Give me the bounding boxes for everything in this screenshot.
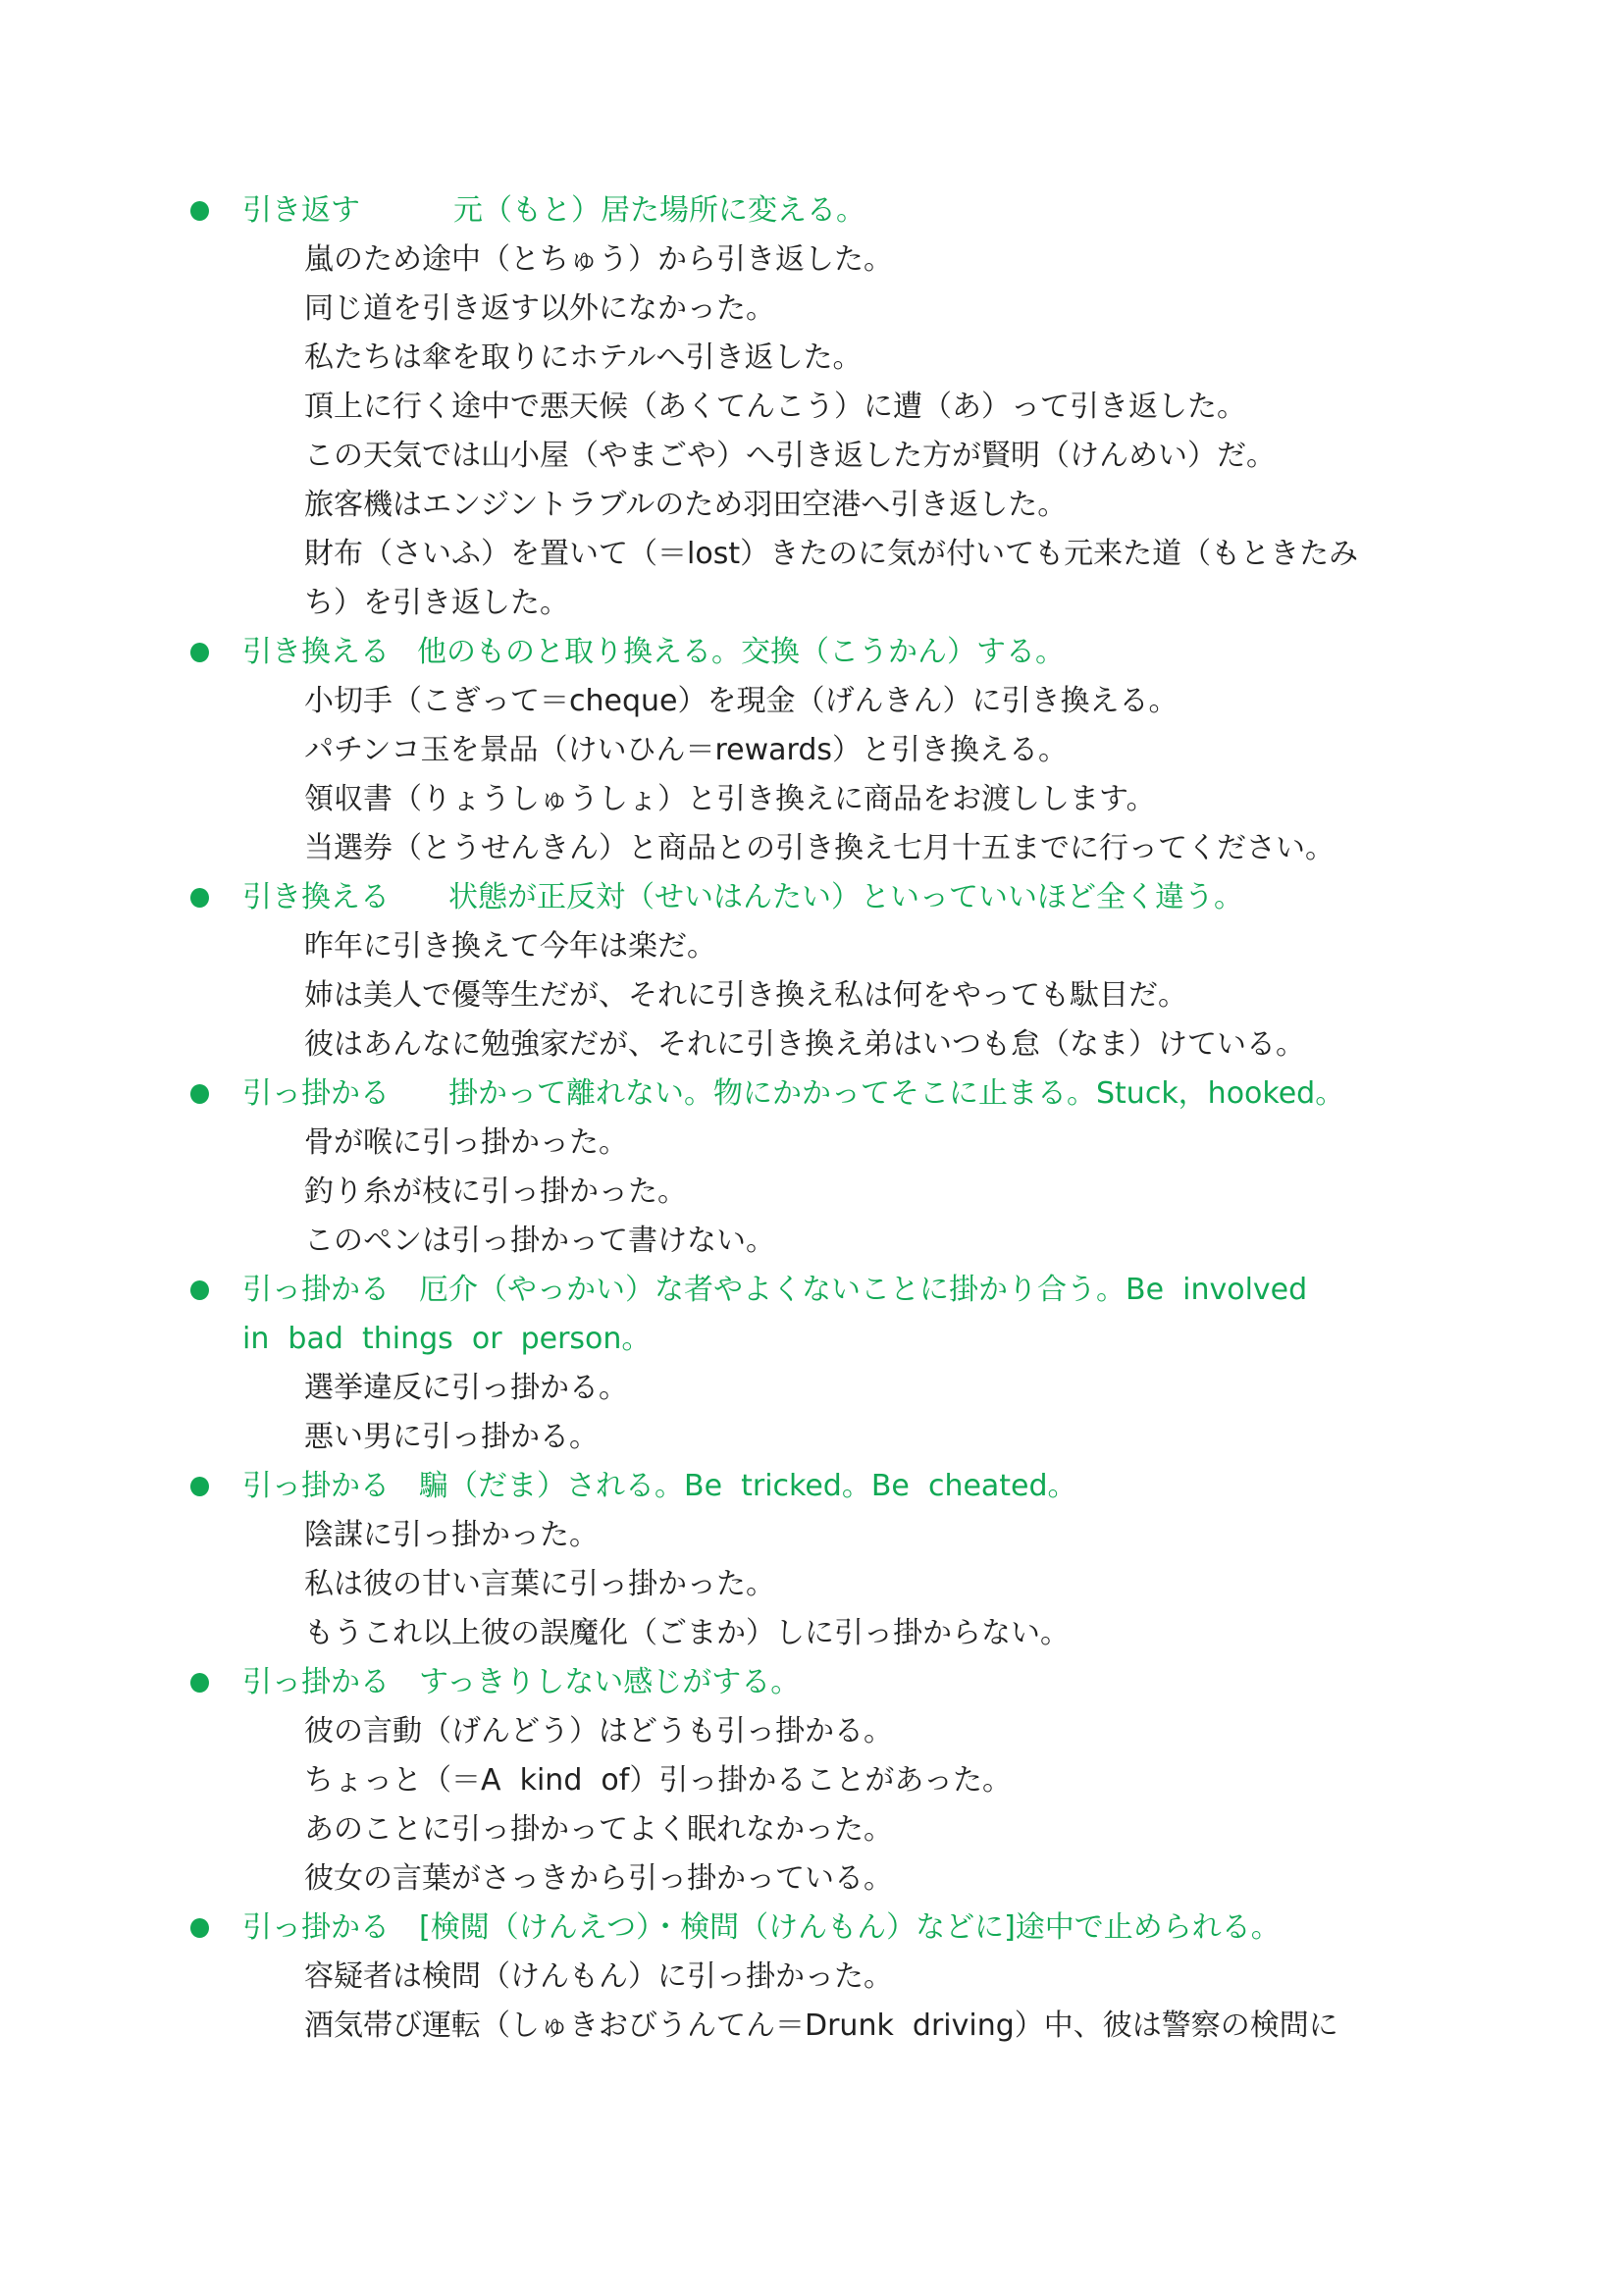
- entry-word: 引っ掛かる: [242, 1273, 390, 1307]
- entry-header: 引き換える他のものと取り換える。交換（こうかん）する。: [0, 628, 1624, 677]
- example-sentence: 釣り糸が枝に引っ掛かった。: [0, 1168, 1624, 1217]
- entry-definition: 騙（だま）される。Be tricked。Be cheated。: [419, 1469, 1077, 1503]
- example-sentence: 悪い男に引っ掛かる。: [0, 1413, 1624, 1462]
- example-sentence: 選挙違反に引っ掛かる。: [0, 1364, 1624, 1413]
- entry-definition: 他のものと取り換える。交換（こうかん）する。: [417, 635, 1065, 669]
- example-sentence: 私は彼の甘い言葉に引っ掛かった。: [0, 1560, 1624, 1609]
- entry-word: 引き換える: [242, 880, 390, 914]
- example-sentence: 私たちは傘を取りにホテルへ引き返した。: [0, 334, 1624, 383]
- entry-word: 引っ掛かる: [242, 1910, 390, 1945]
- example-sentence: 嵐のため途中（とちゅう）から引き返した。: [0, 235, 1624, 285]
- entry-word: 引っ掛かる: [242, 1076, 390, 1111]
- vocab-entry: 引っ掛かる騙（だま）される。Be tricked。Be cheated。陰謀に引…: [0, 1462, 1624, 1658]
- entry-definition-continued: in bad things or person。: [0, 1315, 1624, 1364]
- entry-header: 引き返す元（もと）居た場所に変える。: [0, 186, 1624, 235]
- example-sentence: 彼女の言葉がさっきから引っ掛かっている。: [0, 1854, 1624, 1904]
- entry-definition: 状態が正反対（せいはんたい）といっていいほど全く違う。: [448, 880, 1243, 914]
- bullet-icon: [190, 201, 209, 221]
- example-sentence: 彼はあんなに勉強家だが、それに引き換え弟はいつも怠（なま）けている。: [0, 1020, 1624, 1070]
- example-sentence: あのことに引っ掛かってよく眠れなかった。: [0, 1805, 1624, 1854]
- vocab-entry: 引き換える他のものと取り換える。交換（こうかん）する。小切手（こぎって＝cheq…: [0, 628, 1624, 873]
- entry-definition: すっきりしない感じがする。: [419, 1665, 800, 1699]
- example-sentence: 財布（さいふ）を置いて（＝lost）きたのに気が付いても元来た道（もときたみ: [0, 530, 1624, 579]
- example-sentence: 同じ道を引き返す以外になかった。: [0, 285, 1624, 334]
- entry-header: 引っ掛かるすっきりしない感じがする。: [0, 1658, 1624, 1707]
- example-sentence: この天気では山小屋（やまごや）へ引き返した方が賢明（けんめい）だ。: [0, 432, 1624, 481]
- bullet-icon: [190, 1673, 209, 1693]
- vocab-entry: 引っ掛かる[検閲（けんえつ）・検問（けんもん）などに]途中で止められる。容疑者は…: [0, 1904, 1624, 2051]
- bullet-icon: [190, 643, 209, 662]
- example-sentence: 領収書（りょうしゅうしょ）と引き換えに商品をお渡しします。: [0, 775, 1624, 824]
- example-sentence: 頂上に行く途中で悪天候（あくてんこう）に遭（あ）って引き返した。: [0, 383, 1624, 432]
- entry-definition: 厄介（やっかい）な者やよくないことに掛かり合う。Be involved: [419, 1273, 1307, 1307]
- entry-header: 引っ掛かる騙（だま）される。Be tricked。Be cheated。: [0, 1462, 1624, 1511]
- example-sentence: このペンは引っ掛かって書けない。: [0, 1217, 1624, 1266]
- bullet-icon: [190, 888, 209, 908]
- entry-definition-continued-text: in bad things or person。: [242, 1322, 651, 1356]
- example-sentence: 姉は美人で優等生だが、それに引き換え私は何をやっても駄目だ。: [0, 971, 1624, 1020]
- example-sentence: 骨が喉に引っ掛かった。: [0, 1119, 1624, 1168]
- vocab-list: 引き返す元（もと）居た場所に変える。嵐のため途中（とちゅう）から引き返した。同じ…: [0, 186, 1624, 2051]
- vocab-entry: 引っ掛かるすっきりしない感じがする。彼の言動（げんどう）はどうも引っ掛かる。ちょ…: [0, 1658, 1624, 1904]
- example-sentence: 昨年に引き換えて今年は楽だ。: [0, 922, 1624, 971]
- entry-header: 引っ掛かる厄介（やっかい）な者やよくないことに掛かり合う。Be involved: [0, 1266, 1624, 1315]
- entry-definition: 元（もと）居た場所に変える。: [453, 193, 865, 228]
- example-sentence: 旅客機はエンジントラブルのため羽田空港へ引き返した。: [0, 481, 1624, 530]
- entry-word: 引っ掛かる: [242, 1665, 390, 1699]
- document-page: 引き返す元（もと）居た場所に変える。嵐のため途中（とちゅう）から引き返した。同じ…: [0, 0, 1624, 2296]
- entry-definition: [検閲（けんえつ）・検問（けんもん）などに]途中で止められる。: [419, 1910, 1281, 1945]
- vocab-entry: 引っ掛かる厄介（やっかい）な者やよくないことに掛かり合う。Be involved…: [0, 1266, 1624, 1462]
- example-sentence: 小切手（こぎって＝cheque）を現金（げんきん）に引き換える。: [0, 677, 1624, 726]
- example-sentence: ち）を引き返した。: [0, 579, 1624, 628]
- bullet-icon: [190, 1084, 209, 1104]
- example-sentence: パチンコ玉を景品（けいひん＝rewards）と引き換える。: [0, 726, 1624, 775]
- example-sentence: ちょっと（＝A kind of）引っ掛かることがあった。: [0, 1756, 1624, 1805]
- entry-word: 引き返す: [242, 193, 360, 228]
- vocab-entry: 引っ掛かる掛かって離れない。物にかかってそこに止まる。Stuck，hooked。…: [0, 1070, 1624, 1266]
- example-sentence: もうこれ以上彼の誤魔化（ごまか）しに引っ掛からない。: [0, 1609, 1624, 1658]
- example-sentence: 酒気帯び運転（しゅきおびうんてん＝Drunk driving）中、彼は警察の検問…: [0, 2002, 1624, 2051]
- entry-header: 引っ掛かる掛かって離れない。物にかかってそこに止まる。Stuck，hooked。: [0, 1070, 1624, 1119]
- entry-header: 引っ掛かる[検閲（けんえつ）・検問（けんもん）などに]途中で止められる。: [0, 1904, 1624, 1953]
- vocab-entry: 引き換える状態が正反対（せいはんたい）といっていいほど全く違う。昨年に引き換えて…: [0, 873, 1624, 1070]
- entry-word: 引っ掛かる: [242, 1469, 390, 1503]
- example-sentence: 彼の言動（げんどう）はどうも引っ掛かる。: [0, 1707, 1624, 1756]
- bullet-icon: [190, 1280, 209, 1300]
- bullet-icon: [190, 1477, 209, 1496]
- bullet-icon: [190, 1918, 209, 1938]
- entry-definition: 掛かって離れない。物にかかってそこに止まる。Stuck，hooked。: [448, 1076, 1344, 1111]
- example-sentence: 容疑者は検問（けんもん）に引っ掛かった。: [0, 1953, 1624, 2002]
- example-sentence: 陰謀に引っ掛かった。: [0, 1511, 1624, 1560]
- vocab-entry: 引き返す元（もと）居た場所に変える。嵐のため途中（とちゅう）から引き返した。同じ…: [0, 186, 1624, 628]
- entry-header: 引き換える状態が正反対（せいはんたい）といっていいほど全く違う。: [0, 873, 1624, 922]
- example-sentence: 当選券（とうせんきん）と商品との引き換え七月十五までに行ってください。: [0, 824, 1624, 873]
- entry-word: 引き換える: [242, 635, 390, 669]
